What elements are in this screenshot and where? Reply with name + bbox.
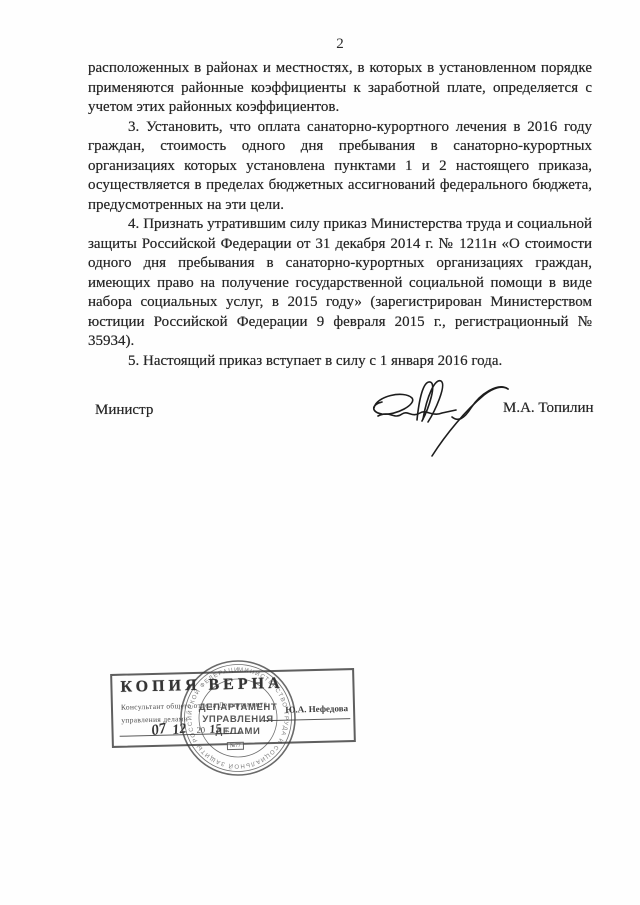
paragraph: 3. Установить, что оплата санаторно-куро… (88, 118, 592, 216)
minister-signature-icon (360, 368, 510, 458)
certifier-name: Ю.А. Нефедова (285, 703, 348, 715)
certifier-position-line1: Консультант общего отдела Департамента (121, 699, 267, 712)
stamp-date-year: 15 (208, 721, 222, 737)
certifier-signature-line (262, 718, 350, 721)
stamp-bottom-line (120, 733, 242, 737)
seal-center-line3: ДЕЛАМИ (216, 726, 261, 737)
paragraph: 4. Признать утратившим силу приказ Минис… (88, 215, 592, 352)
document-body: расположенных в районах и местностях, в … (88, 59, 592, 371)
stamp-date: 07 12 20 15 г. (151, 717, 301, 743)
signatory-title: Министр (95, 402, 153, 419)
signatory-name: М.А. Топилин (503, 400, 594, 417)
scanned-document-page: 2 расположенных в районах и местностях, … (0, 0, 640, 905)
certifier-position-line2: управления делами (121, 714, 188, 725)
stamp-date-day: 07 (150, 720, 168, 740)
stamp-date-suffix: г. (225, 724, 230, 734)
seal-ring-text: МИНИСТЕРСТВО ТРУДА И СОЦИАЛЬНОЙ ЗАЩИТЫ Р… (178, 658, 289, 770)
stamp-date-month: 12 (172, 721, 188, 739)
stamp-number-mark: №77 (227, 742, 244, 750)
copy-certification-stamp: КОПИЯ ВЕРНА Консультант общего отдела Де… (110, 668, 356, 748)
stamp-date-century: 20 (196, 725, 205, 735)
page-number: 2 (88, 36, 592, 53)
seal-center-line1: ДЕПАРТАМЕНТ (199, 702, 278, 713)
paragraph: 5. Настоящий приказ вступает в силу с 1 … (88, 352, 592, 372)
seal-center-line2: УПРАВЛЕНИЯ (202, 714, 273, 725)
copy-stamp-title: КОПИЯ ВЕРНА (120, 675, 284, 697)
paragraph: расположенных в районах и местностях, в … (88, 59, 592, 118)
round-seal-icon: МИНИСТЕРСТВО ТРУДА И СОЦИАЛЬНОЙ ЗАЩИТЫ Р… (178, 658, 298, 778)
svg-text:МИНИСТЕРСТВО ТРУДА И СОЦИАЛЬНО: МИНИСТЕРСТВО ТРУДА И СОЦИАЛЬНОЙ ЗАЩИТЫ Р… (178, 658, 289, 770)
